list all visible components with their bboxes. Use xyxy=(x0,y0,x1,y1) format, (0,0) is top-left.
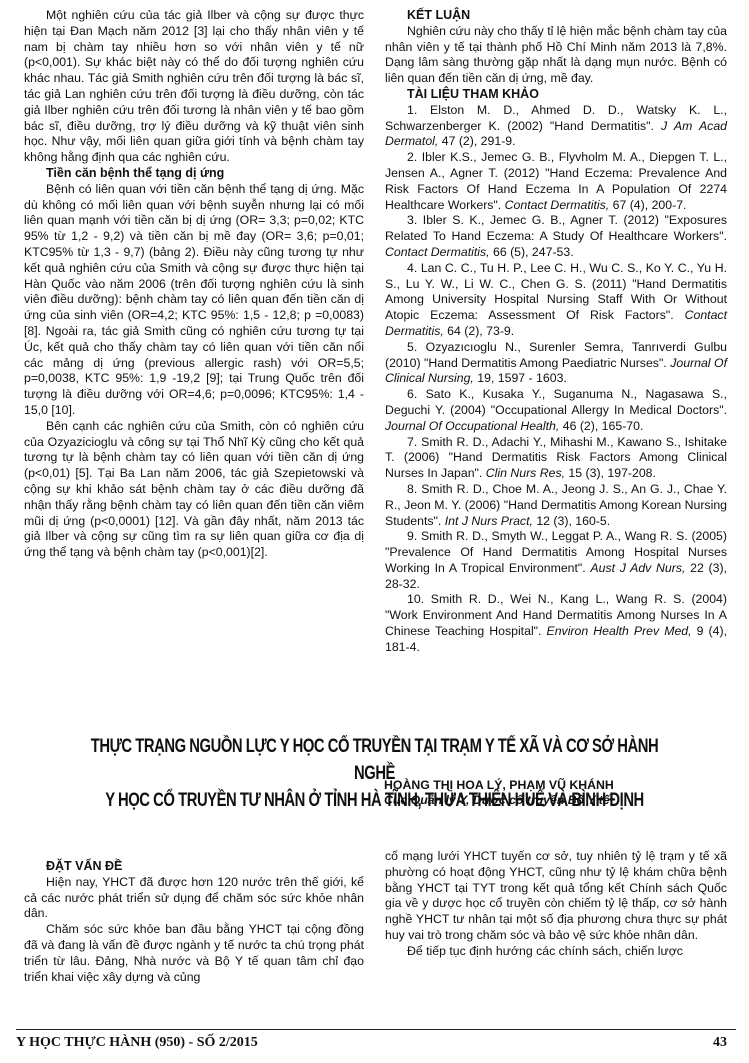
paragraph-other-studies: Bên cạnh các nghiên cứu của Smith, còn c… xyxy=(24,419,364,561)
footer-divider xyxy=(16,1029,736,1030)
reference-item: 6. Sato K., Kusaka Y., Suganuma N., Naga… xyxy=(385,387,727,434)
left-column-bottom: ĐẶT VẤN ĐỀ Hiện nay, YHCT đã được hơn 12… xyxy=(24,859,364,985)
reference-item: 7. Smith R. D., Adachi Y., Mihashi M., K… xyxy=(385,435,727,482)
left-column-top: Một nghiên cứu của tác giả Ilber và cộng… xyxy=(24,8,364,561)
conclusion-text: Nghiên cứu này cho thấy tỉ lệ hiện mắc b… xyxy=(385,24,727,87)
footer-journal-name: Y HỌC THỰC HÀNH (950) - SỐ 2/2015 xyxy=(16,1035,258,1051)
author-affiliation: Cục Quản lý Y, Dược cổ truyền Bộ Y tế xyxy=(384,793,724,808)
reference-item: 2. Ibler K.S., Jemec G. B., Flyvholm M. … xyxy=(385,150,727,213)
paragraph-allergy-association: Bệnh có liên quan với tiền căn bệnh thể … xyxy=(24,182,364,419)
right-column-bottom: cố mạng lưới YHCT tuyến cơ sở, tuy nhiên… xyxy=(385,849,727,960)
reference-item: 10. Smith R. D., Wei N., Kang L., Wang R… xyxy=(385,592,727,655)
reference-item: 5. Ozyazıcıoglu N., Surenler Semra, Tanr… xyxy=(385,340,727,387)
author-block: HOÀNG THỊ HOA LÝ, PHẠM VŨ KHÁNH Cục Quản… xyxy=(384,778,724,808)
intro-paragraph: Hiện nay, YHCT đã được hơn 120 nước trên… xyxy=(24,875,364,922)
references-heading: TÀI LIỆU THAM KHẢO xyxy=(385,87,727,103)
paragraph-gender-comparison: Một nghiên cứu của tác giả Ilber và cộng… xyxy=(24,8,364,166)
reference-item: 1. Elston M. D., Ahmed D. D., Watsky K. … xyxy=(385,103,727,150)
intro-paragraph: Để tiếp tục định hướng các chính sách, c… xyxy=(385,944,727,960)
right-column-top: KẾT LUẬN Nghiên cứu này cho thấy tỉ lệ h… xyxy=(385,8,727,656)
reference-item: 8. Smith R. D., Choe M. A., Jeong J. S.,… xyxy=(385,482,727,529)
intro-paragraph: Chăm sóc sức khỏe ban đầu bằng YHCT tại … xyxy=(24,922,364,985)
reference-item: 3. Ibler S. K., Jemec G. B., Agner T. (2… xyxy=(385,213,727,260)
intro-paragraph-continued: cố mạng lưới YHCT tuyến cơ sở, tuy nhiên… xyxy=(385,849,727,944)
introduction-heading: ĐẶT VẤN ĐỀ xyxy=(24,859,364,875)
reference-item: 4. Lan C. C., Tu H. P., Lee C. H., Wu C.… xyxy=(385,261,727,340)
subheading-allergy-history: Tiền căn bệnh thể tạng dị ứng xyxy=(24,166,364,182)
reference-item: 9. Smith R. D., Smyth W., Leggat P. A., … xyxy=(385,529,727,592)
conclusion-heading: KẾT LUẬN xyxy=(385,8,727,24)
author-names: HOÀNG THỊ HOA LÝ, PHẠM VŨ KHÁNH xyxy=(384,778,724,793)
page-number: 43 xyxy=(713,1035,727,1051)
reference-list: 1. Elston M. D., Ahmed D. D., Watsky K. … xyxy=(385,103,727,656)
